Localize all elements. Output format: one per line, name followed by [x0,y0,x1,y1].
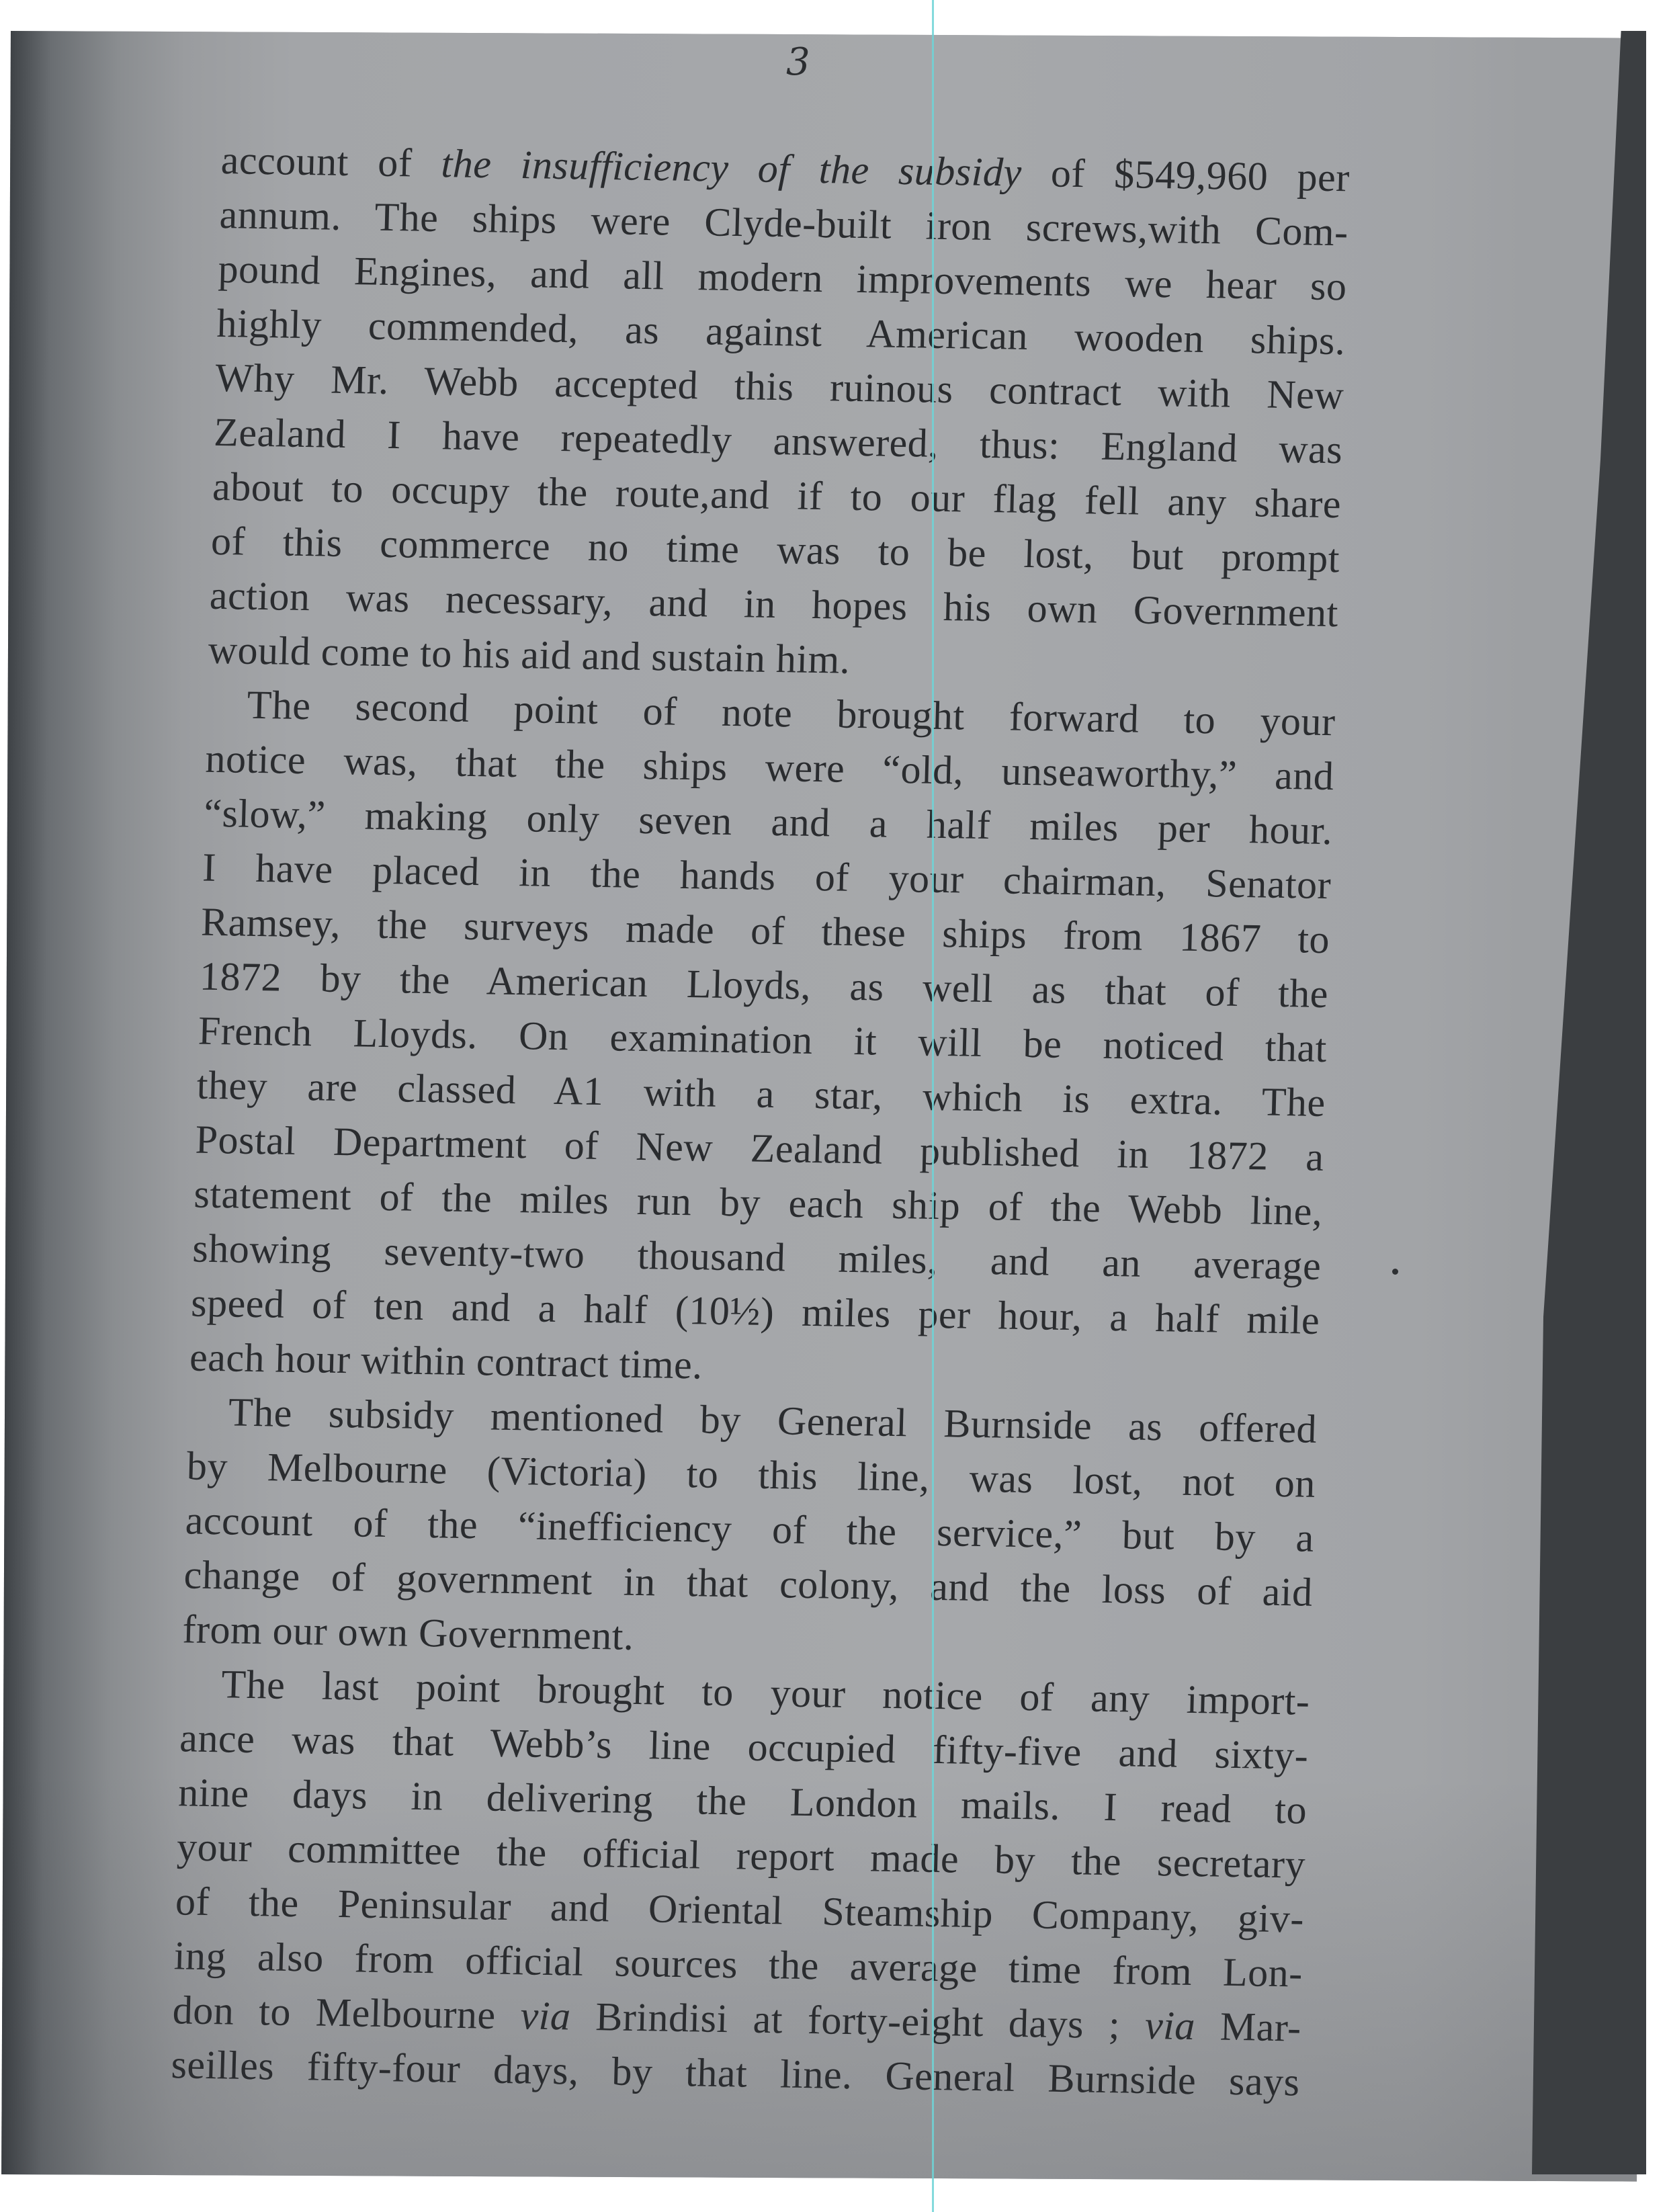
ink-speck [1392,1269,1398,1275]
paragraph-1: account of the insufficiency of the subs… [208,133,1364,695]
paragraph-3: The subsidy mentioned by General Burnsid… [182,1384,1331,1674]
vertical-guide-line [932,0,934,2212]
page-number: 3 [786,40,810,84]
paragraph-2: The second point of note brought forward… [189,677,1349,1402]
paragraph-4: The last point brought to your notice of… [171,1656,1324,2110]
body-text: account of the insufficiency of the subs… [171,133,1364,2110]
